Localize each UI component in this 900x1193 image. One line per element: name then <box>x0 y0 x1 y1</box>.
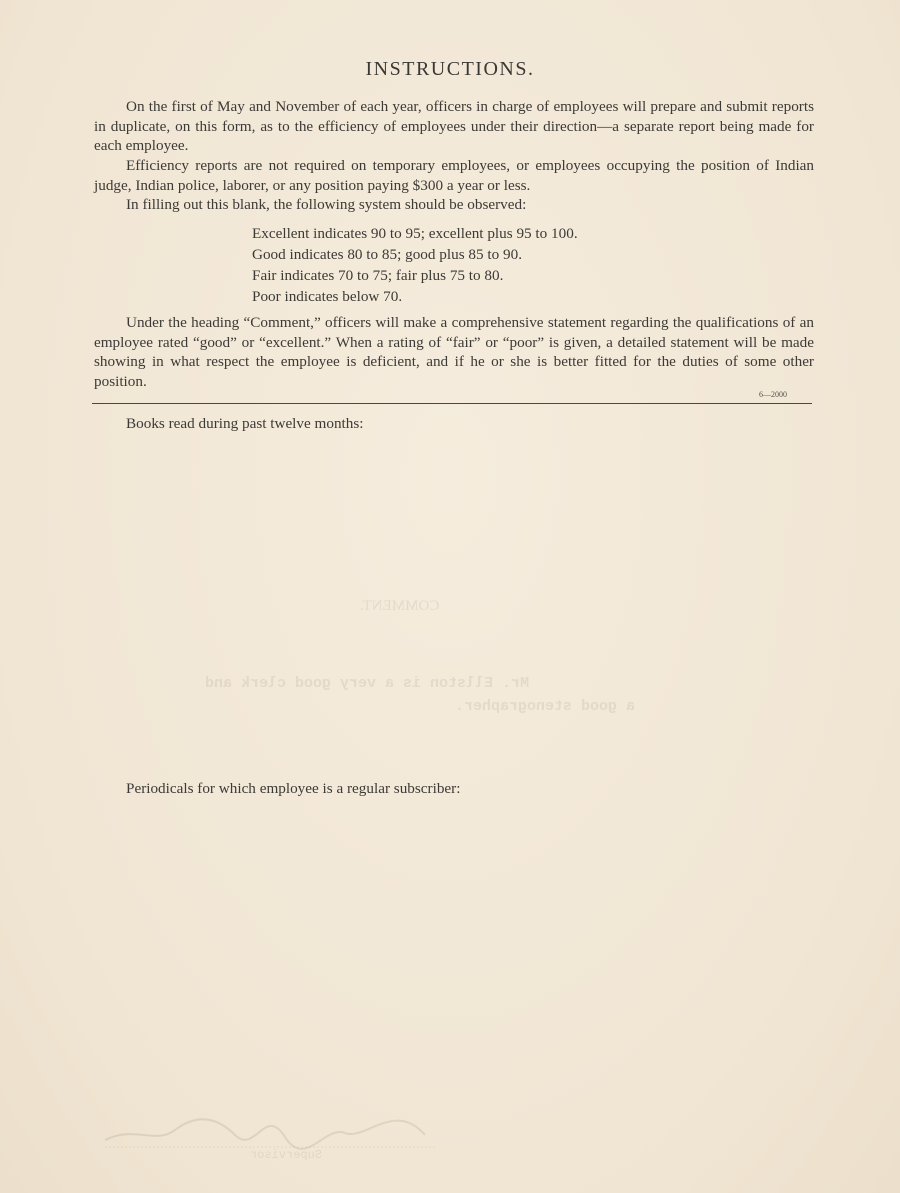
rating-scale-excellent: Excellent indicates 90 to 95; excellent … <box>252 223 578 244</box>
periodicals-label: Periodicals for which employee is a regu… <box>126 780 460 798</box>
paragraph-text: On the first of May and November of each… <box>94 98 814 154</box>
books-read-label: Books read during past twelve months: <box>126 415 363 433</box>
instructions-paragraph-reporting: On the first of May and November of each… <box>94 97 814 156</box>
paragraph-text: Under the heading “Comment,” officers wi… <box>94 314 814 390</box>
paragraph-text: Efficiency reports are not required on t… <box>94 157 814 194</box>
rating-scale-list: Excellent indicates 90 to 95; excellent … <box>252 223 578 307</box>
section-divider <box>92 403 812 404</box>
rating-scale-poor: Poor indicates below 70. <box>252 286 578 307</box>
form-code: 6—2000 <box>759 390 787 399</box>
books-read-field[interactable] <box>126 440 816 760</box>
instructions-paragraph-system: In filling out this blank, the following… <box>94 195 814 215</box>
rating-scale-fair: Fair indicates 70 to 75; fair plus 75 to… <box>252 265 578 286</box>
instructions-paragraph-exemptions: Efficiency reports are not required on t… <box>94 156 814 195</box>
bleed-through-signature-title: Supervisor <box>250 1148 322 1162</box>
rating-scale-good: Good indicates 80 to 85; good plus 85 to… <box>252 244 578 265</box>
bleed-through-signature <box>95 1095 445 1155</box>
document-page: COMMENT. Mr. Ellston is a very good cler… <box>0 0 900 1193</box>
periodicals-field[interactable] <box>126 805 816 1065</box>
instructions-heading: INSTRUCTIONS. <box>0 58 900 81</box>
paragraph-text: In filling out this blank, the following… <box>126 196 526 213</box>
instructions-paragraph-comment: Under the heading “Comment,” officers wi… <box>94 313 814 391</box>
